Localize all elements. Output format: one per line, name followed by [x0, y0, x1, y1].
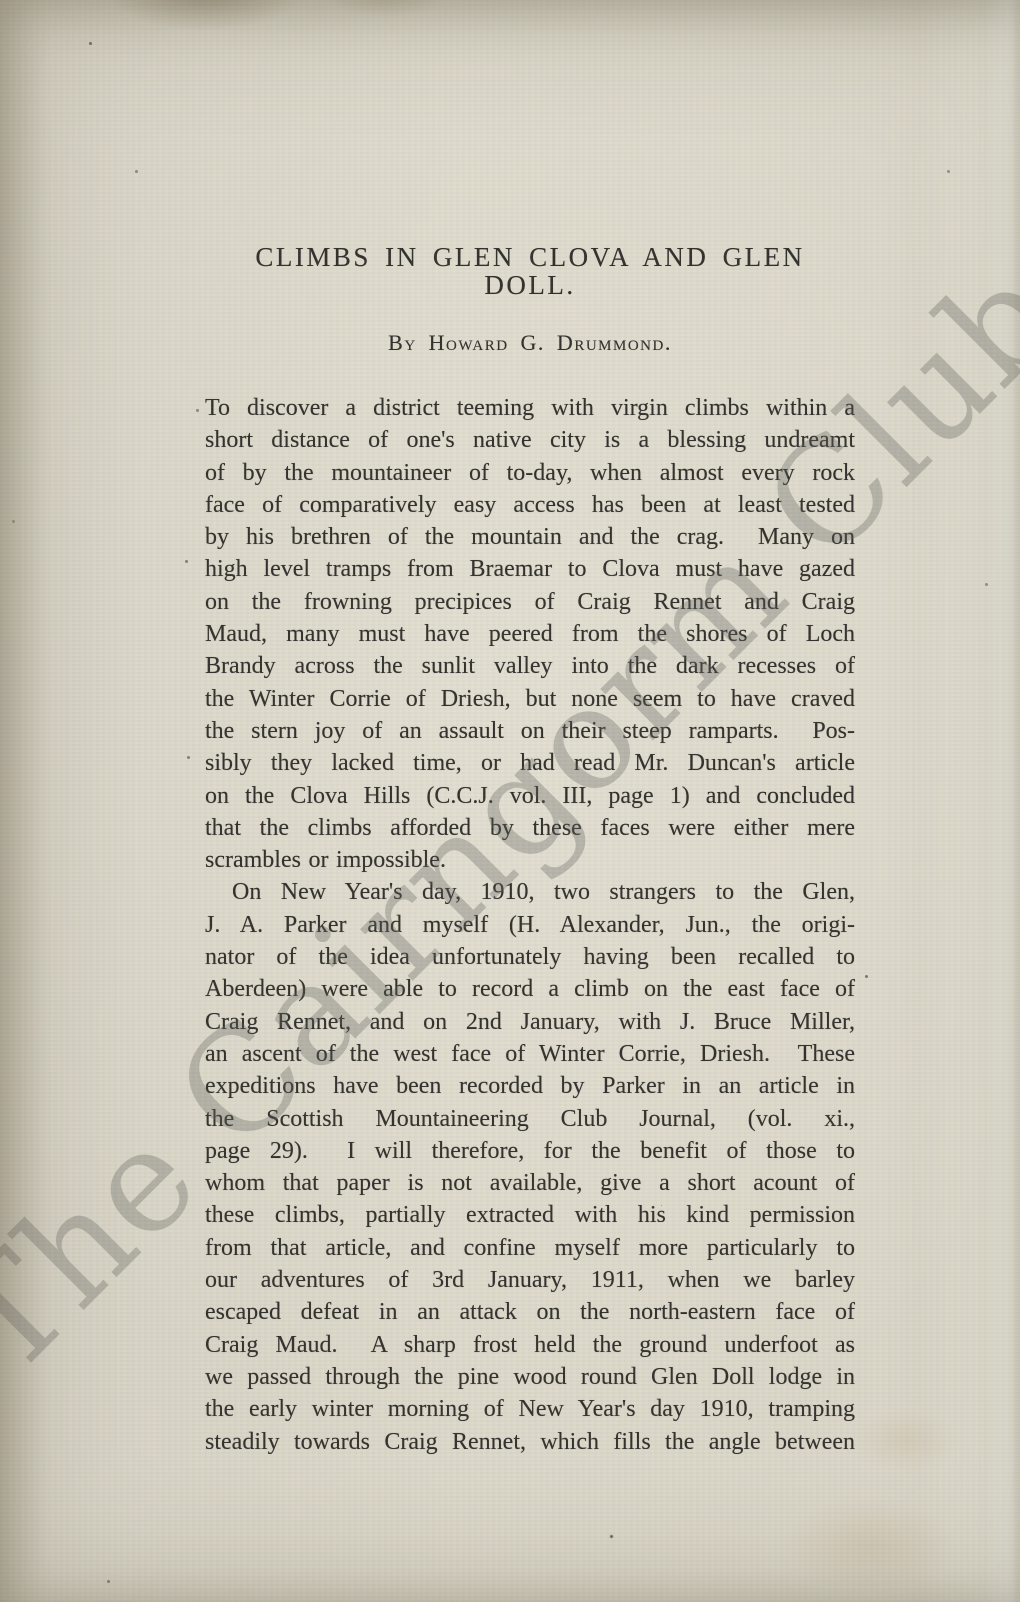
paragraph: To discover a district teeming with virg…	[205, 392, 855, 876]
scanned-page: CLIMBS IN GLEN CLOVA AND GLEN DOLL. By H…	[0, 0, 1020, 1602]
text-line: the Scottish Mountaineering Club Journal…	[205, 1103, 855, 1135]
text-line: the early winter morning of New Year's d…	[205, 1393, 855, 1425]
text-line: we passed through the pine wood round Gl…	[205, 1361, 855, 1393]
text-line: sibly they lacked time, or had read Mr. …	[205, 747, 855, 779]
text-line: To discover a district teeming with virg…	[205, 392, 855, 424]
text-line: by his brethren of the mountain and the …	[205, 521, 855, 553]
text-line: short distance of one's native city is a…	[205, 424, 855, 456]
text-line: of by the mountaineer of to-day, when al…	[205, 457, 855, 489]
text-line: face of comparatively easy access has be…	[205, 489, 855, 521]
text-line: these climbs, partially extracted with h…	[205, 1199, 855, 1231]
text-line: scrambles or impossible.	[205, 844, 855, 876]
article-byline: By Howard G. Drummond.	[205, 331, 855, 354]
text-line: our adventures of 3rd January, 1911, whe…	[205, 1264, 855, 1296]
text-line: Maud, many must have peered from the sho…	[205, 618, 855, 650]
text-line: the stern joy of an assault on their ste…	[205, 715, 855, 747]
text-line: whom that paper is not available, give a…	[205, 1167, 855, 1199]
text-line: from that article, and confine myself mo…	[205, 1232, 855, 1264]
scan-specks	[89, 42, 92, 45]
text-line: Craig Maud. A sharp frost held the groun…	[205, 1329, 855, 1361]
text-line: J. A. Parker and myself (H. Alexander, J…	[205, 909, 855, 941]
page-title: CLIMBS IN GLEN CLOVA AND GLEN DOLL.	[205, 243, 855, 299]
paragraph: On New Year's day, 1910, two strangers t…	[205, 876, 855, 1457]
text-line: On New Year's day, 1910, two strangers t…	[205, 876, 855, 908]
text-line: nator of the idea unfortunately having b…	[205, 941, 855, 973]
text-line: the Winter Corrie of Driesh, but none se…	[205, 683, 855, 715]
article-body: To discover a district teeming with virg…	[205, 392, 855, 1458]
text-line: that the climbs afforded by these faces …	[205, 812, 855, 844]
text-line: Brandy across the sunlit valley into the…	[205, 650, 855, 682]
text-line: steadily towards Craig Rennet, which fil…	[205, 1426, 855, 1458]
text-line: escaped defeat in an attack on the north…	[205, 1296, 855, 1328]
text-line: page 29). I will therefore, for the bene…	[205, 1135, 855, 1167]
text-line: expeditions have been recorded by Parker…	[205, 1070, 855, 1102]
text-line: Craig Rennet, and on 2nd January, with J…	[205, 1006, 855, 1038]
article-content: CLIMBS IN GLEN CLOVA AND GLEN DOLL. By H…	[205, 0, 855, 1458]
text-line: an ascent of the west face of Winter Cor…	[205, 1038, 855, 1070]
text-line: on the Clova Hills (C.C.J. vol. III, pag…	[205, 780, 855, 812]
text-line: high level tramps from Braemar to Clova …	[205, 553, 855, 585]
text-line: Aberdeen) were able to record a climb on…	[205, 973, 855, 1005]
text-line: on the frowning precipices of Craig Renn…	[205, 586, 855, 618]
